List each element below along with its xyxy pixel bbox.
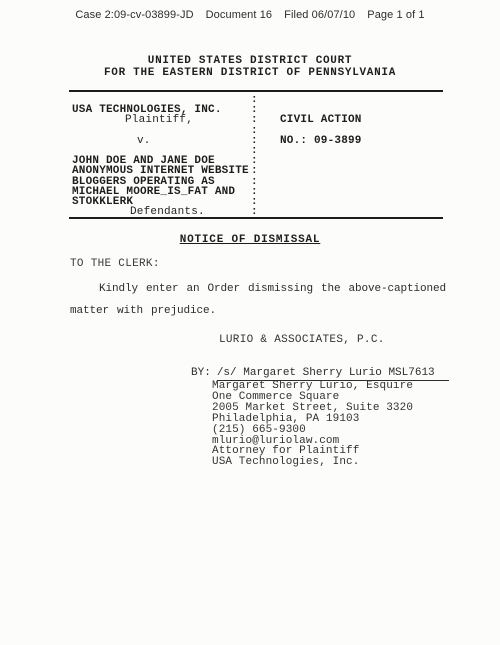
body-text-line: matter with prejudice. (70, 305, 216, 317)
stamp-page-count: Page 1 of 1 (367, 9, 424, 21)
stamp-filed-date: Filed 06/07/10 (284, 9, 355, 21)
stamp-case-number: Case 2:09-cv-03899-JD (75, 9, 193, 21)
attorney-phone: (215) 665-9300 (212, 425, 413, 436)
electronic-signature: /s/ Margaret Sherry Lurio MSL7613 (217, 367, 449, 381)
attorney-client-line: USA Technologies, Inc. (212, 457, 413, 468)
attorney-contact-block: Margaret Sherry Lurio, Esquire One Comme… (212, 381, 413, 468)
caption-row: : (72, 145, 447, 155)
ecf-stamp-header: Case 2:09-cv-03899-JDDocument 16Filed 06… (0, 9, 500, 21)
caption-row-defendant: ANONYMOUS INTERNET WEBSITE : (72, 165, 447, 175)
attorney-address-line: Philadelphia, PA 19103 (212, 414, 413, 425)
caption-row-defendant: MICHAEL MOORE_IS_FAT AND : (72, 186, 447, 196)
court-name: UNITED STATES DISTRICT COURT (0, 55, 500, 67)
case-caption: : USA TECHNOLOGIES, INC. : Plaintiff, : … (72, 94, 447, 216)
document-page: Case 2:09-cv-03899-JDDocument 16Filed 06… (0, 0, 500, 645)
caption-row-plaintiff-label: Plaintiff, : CIVIL ACTION (72, 114, 447, 124)
caption-row-versus: v. : NO.: 09-3899 (72, 135, 447, 145)
caption-row-plaintiff-name: USA TECHNOLOGIES, INC. : (72, 104, 447, 114)
caption-row-defendant-label: Defendants. : (72, 206, 447, 216)
caption-bottom-rule (69, 217, 443, 219)
signature-by-line: BY:/s/ Margaret Sherry Lurio MSL7613 (191, 367, 449, 381)
document-title: NOTICE OF DISMISSAL (0, 234, 500, 246)
caption-row-defendant: STOKKLERK : (72, 196, 447, 206)
law-firm-name: LURIO & ASSOCIATES, P.C. (219, 334, 385, 346)
caption-row-defendant: BLOGGERS OPERATING AS : (72, 176, 447, 186)
body-text-line: Kindly enter an Order dismissing the abo… (99, 283, 446, 295)
salutation: TO THE CLERK: (70, 258, 160, 270)
by-label: BY: (191, 367, 211, 379)
stamp-document-number: Document 16 (206, 9, 273, 21)
caption-row-defendant: JOHN DOE AND JANE DOE : (72, 155, 447, 165)
caption-row: : (72, 125, 447, 135)
court-district: FOR THE EASTERN DISTRICT OF PENNSYLVANIA (0, 67, 500, 79)
caption-row: : (72, 94, 447, 104)
caption-top-rule (69, 90, 443, 92)
